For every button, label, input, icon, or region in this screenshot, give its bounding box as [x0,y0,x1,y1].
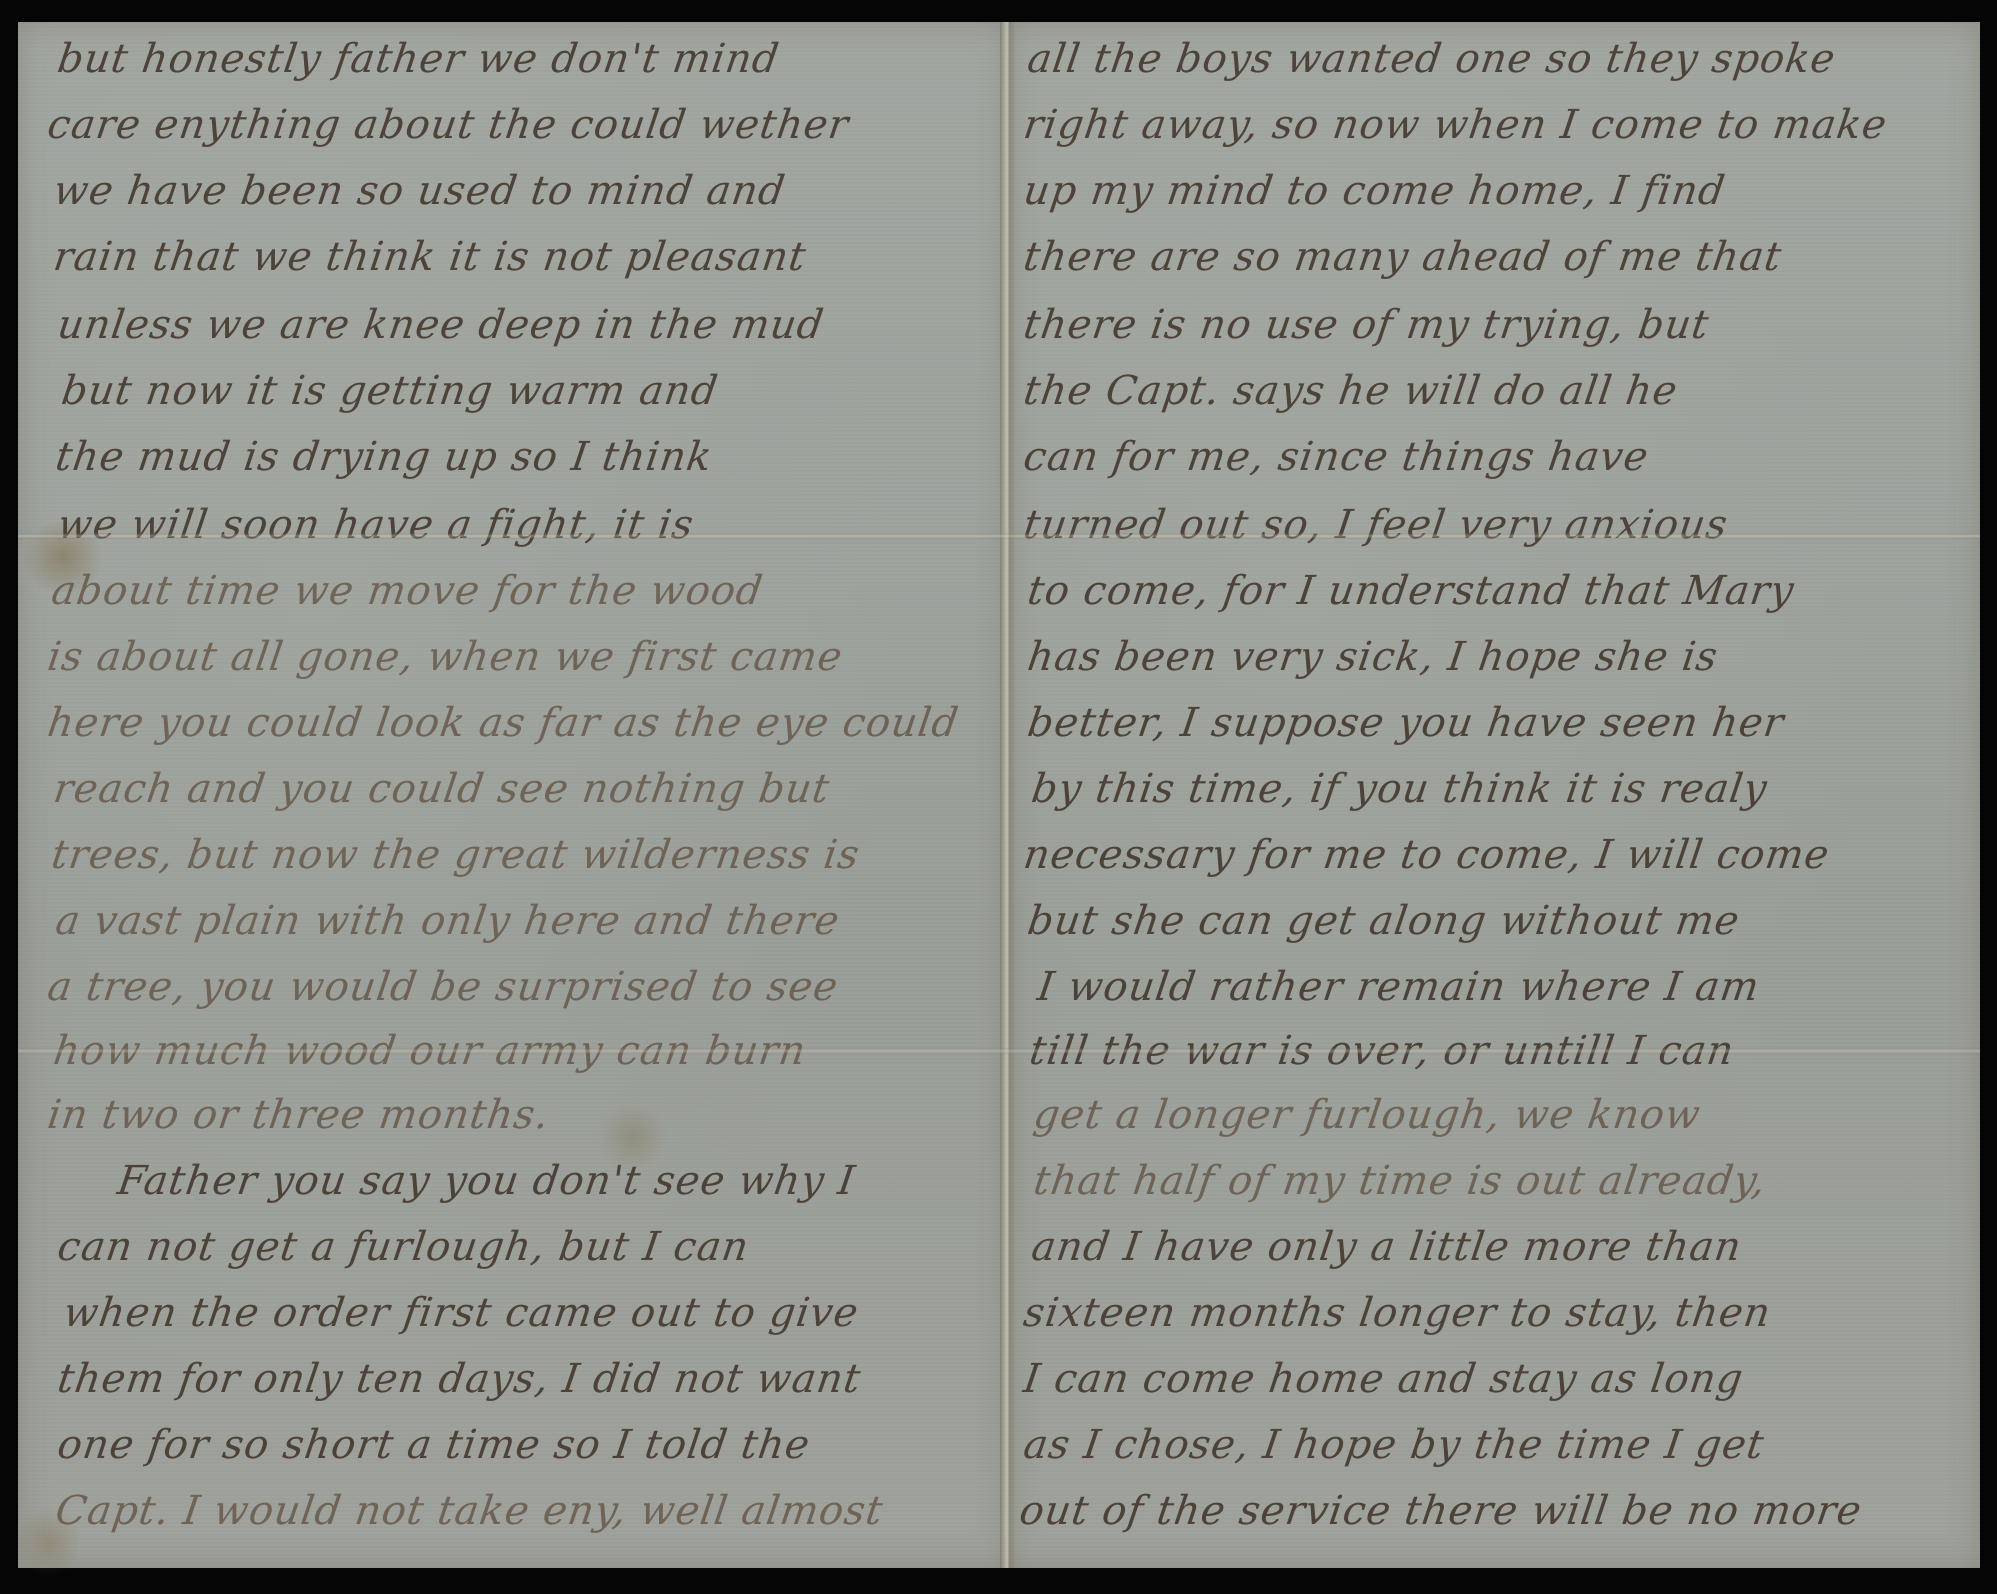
handwritten-line: but she can get along without me [1025,898,1743,944]
handwritten-line: and I have only a little more than [1029,1224,1745,1270]
handwritten-line: as I chose, I hope by the time I get [1021,1422,1767,1468]
handwritten-line: all the boys wanted one so they spoke [1025,36,1839,82]
handwritten-line: in two or three months. [45,1092,553,1138]
handwritten-line: by this time, if you think it is realy [1029,766,1771,812]
handwritten-line: we will soon have a fight, it is [55,502,697,548]
handwritten-line: sixteen months longer to stay, then [1021,1290,1774,1336]
handwritten-line: up my mind to come home, I find [1021,168,1729,214]
handwritten-line: about time we move for the wood [49,568,766,614]
horizontal-fold [18,1048,1980,1054]
handwritten-line: a tree, you would be surprised to see [45,964,842,1010]
handwritten-line: here you could look as far as the eye co… [45,700,962,746]
handwritten-line: one for so short a time so I told the [55,1422,813,1468]
handwritten-line: them for only ten days, I did not want [55,1356,864,1402]
handwritten-line: better, I suppose you have seen her [1025,700,1787,746]
handwritten-line: out of the service there will be no more [1017,1488,1865,1534]
handwritten-line: to come, for I understand that Mary [1025,568,1798,614]
handwritten-line: can for me, since things have [1021,434,1652,480]
handwritten-line: has been very sick, I hope she is [1025,634,1721,680]
right-page-text: all the boys wanted one so they spoke ri… [1008,22,1980,1568]
left-page-text: but honestly father we don't mind care e… [18,22,1008,1568]
handwritten-line: that half of my time is out already, [1031,1158,1769,1204]
handwritten-line: turned out so, I feel very anxious [1021,502,1731,548]
handwritten-line: when the order first came out to give [61,1290,862,1336]
handwritten-line: unless we are knee deep in the mud [55,302,827,348]
handwritten-line: but honestly father we don't mind [55,36,783,82]
handwritten-line: Capt. I would not take eny, well almost [53,1488,887,1534]
handwritten-line: rain that we think it is not pleasant [51,234,810,280]
center-fold [1000,22,1016,1568]
handwritten-line: but now it is getting warm and [59,368,721,414]
handwritten-line: I can come home and stay as long [1021,1356,1747,1402]
handwritten-line: care enything about the could wether [45,102,852,148]
horizontal-fold [18,533,1980,539]
handwritten-line: right away, so now when I come to make [1021,102,1890,148]
handwritten-line: the Capt. says he will do all he [1021,368,1681,414]
handwritten-line: there is no use of my trying, but [1021,302,1712,348]
handwritten-line: the mud is drying up so I think [53,434,715,480]
handwritten-line: there are so many ahead of me that [1021,234,1785,280]
handwritten-line: Father you say you don't see why I [115,1158,859,1204]
handwritten-line: a vast plain with only here and there [53,898,843,944]
handwritten-line: is about all gone, when we first came [45,634,846,680]
handwritten-line: trees, but now the great wilderness is [49,832,863,878]
handwritten-line: get a longer furlough, we know [1031,1092,1704,1138]
handwritten-line: can not get a furlough, but I can [55,1224,752,1270]
handwritten-line: I would rather remain where I am [1035,964,1763,1010]
handwritten-line: reach and you could see nothing but [51,766,833,812]
right-page: all the boys wanted one so they spoke ri… [1008,22,1980,1568]
handwritten-line: necessary for me to come, I will come [1021,832,1833,878]
letter-scan: but honestly father we don't mind care e… [0,0,1997,1594]
handwritten-line: we have been so used to mind and [51,168,789,214]
left-page: but honestly father we don't mind care e… [18,22,1008,1568]
